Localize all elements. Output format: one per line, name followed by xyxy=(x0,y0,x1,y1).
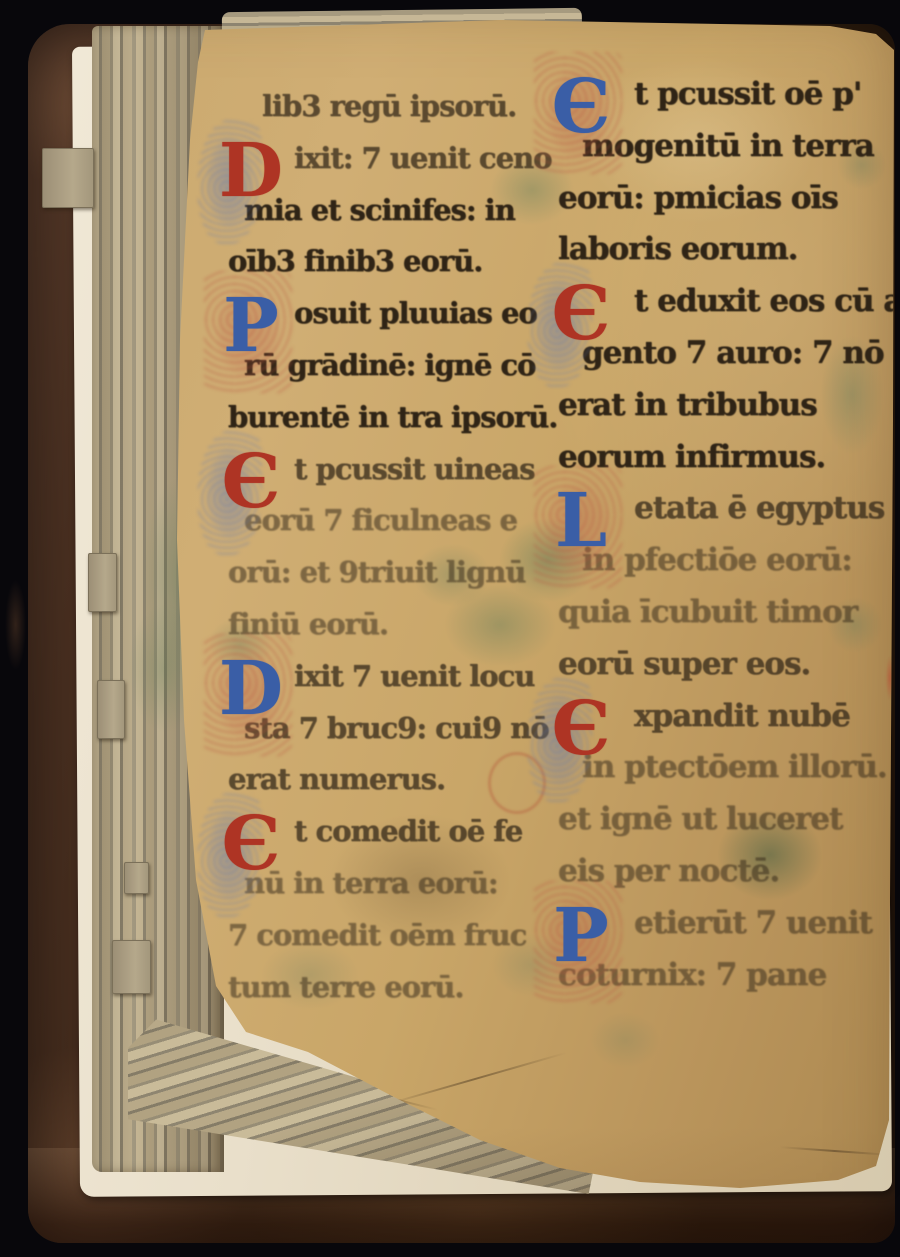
fore-edge-tab xyxy=(88,553,117,612)
manuscript-text-line: mogenitū in terra xyxy=(582,120,874,172)
manuscript-text-line: t pcussit uineas xyxy=(294,443,534,495)
manuscript-text-line: osuit pluuias eo xyxy=(294,287,537,339)
illuminated-initial-l: L xyxy=(544,472,618,578)
fore-edge-tab xyxy=(42,148,94,208)
manuscript-text-line: 7 comedit oēm fruc xyxy=(228,909,526,961)
illuminated-initial-e: Є xyxy=(544,58,618,164)
manuscript-text-line: t pcussit oē p' xyxy=(634,68,861,120)
manuscript-text-line: lib3 regū ipsorū. xyxy=(262,80,516,132)
illuminated-initial-e: Є xyxy=(544,265,618,371)
illuminated-initial-e: Є xyxy=(214,433,288,539)
illuminated-initial-e: Є xyxy=(544,680,618,786)
fore-edge-tab xyxy=(112,940,151,994)
illuminated-initial-d: D xyxy=(214,122,288,228)
manuscript-text-line: etierūt 7 uenit xyxy=(634,897,872,949)
parchment-crease xyxy=(780,1146,890,1156)
manuscript-text-line: eorū: pmicias oīs xyxy=(558,172,838,224)
fore-edge-tab xyxy=(97,680,125,739)
fore-edge-tab xyxy=(124,862,149,894)
text-column-left: lib3 regū ipsorū.Dixit: 7 uenit cenomia … xyxy=(222,80,544,1080)
illuminated-initial-p: P xyxy=(214,277,288,383)
manuscript-text-line: t eduxit eos cū ar xyxy=(634,275,900,327)
manuscript-text-line: in pfectiōe eorū: xyxy=(582,534,852,586)
manuscript-text-line: xpandit nubē xyxy=(634,690,850,742)
manuscript-text-line: ixit 7 uenit locu xyxy=(294,650,534,702)
manuscript-text-line: orū: et 9triuit lignū xyxy=(228,546,525,598)
manuscript-photograph: lib3 regū ipsorū.Dixit: 7 uenit cenomia … xyxy=(0,0,900,1257)
text-column-right: Єt pcussit oē p'mogenitū in terraeorū: p… xyxy=(552,68,892,1068)
manuscript-text-line: et ignē ut luceret xyxy=(558,793,842,845)
manuscript-text-line: in ptectōem illorū. xyxy=(582,741,887,793)
illuminated-initial-p: P xyxy=(544,887,618,993)
illuminated-initial-d: D xyxy=(214,640,288,746)
manuscript-text-line: quia īcubuit timor xyxy=(558,586,857,638)
manuscript-text-line: ixit: 7 uenit ceno xyxy=(294,132,551,184)
manuscript-text-line: tum terre eorū. xyxy=(228,961,463,1013)
illuminated-initial-e: Є xyxy=(214,795,288,901)
manuscript-text-line: etata ē egyptus xyxy=(634,482,884,534)
manuscript-text-line: gento 7 auro: 7 nō xyxy=(582,327,884,379)
manuscript-text-line: erat in tribubus xyxy=(558,379,817,431)
manuscript-text-line: t comedit oē fe xyxy=(294,805,522,857)
clasp-remnant-shadow xyxy=(0,560,26,690)
